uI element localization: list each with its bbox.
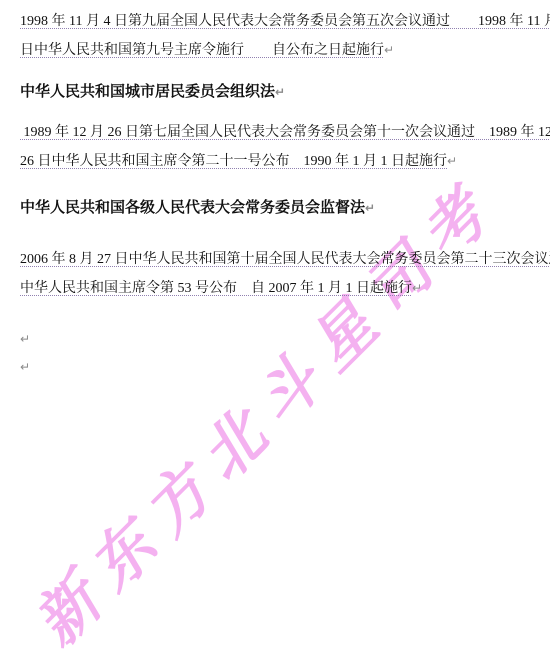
citation-paragraph-1989[interactable]: 1989 年 12 月 26 日第七届全国人民代表大会常务委员会第十一次会议通过…: [20, 119, 536, 175]
law-title-heading-2[interactable]: 中华人民共和国各级人民代表大会常务委员会监督法↵: [20, 194, 536, 222]
paragraph-mark-icon: ↵: [20, 360, 30, 374]
paragraph-mark-icon: ↵: [20, 332, 30, 346]
empty-paragraph[interactable]: ↵: [20, 325, 536, 353]
citation-text: 中华人民共和国主席令第 53 号公布 自 2007 年 1 月 1 日起施行: [20, 281, 412, 296]
citation-text: 1989 年 12 月 26 日第七届全国人民代表大会常务委员会第十一次会议通过…: [20, 125, 550, 140]
citation-paragraph-1998[interactable]: 1998 年 11 月 4 日第九届全国人民代表大会常务委员会第五次会议通过 1…: [20, 8, 536, 64]
empty-paragraph[interactable]: ↵: [20, 353, 536, 381]
document-page: 新东方北斗星司考 1998 年 11 月 4 日第九届全国人民代表大会常务委员会…: [0, 0, 550, 662]
heading-text: 中华人民共和国城市居民委员会组织法: [20, 83, 275, 100]
citation-text: 日中华人民共和国第九号主席令施行 自公布之日起施行: [20, 43, 384, 58]
text-line[interactable]: 1998 年 11 月 4 日第九届全国人民代表大会常务委员会第五次会议通过 1…: [20, 8, 536, 36]
citation-text: 26 日中华人民共和国主席令第二十一号公布 1990 年 1 月 1 日起施行: [20, 154, 447, 169]
text-line[interactable]: 2006 年 8 月 27 日中华人民共和国第十届全国人民代表大会常务委员会第二…: [20, 246, 536, 274]
paragraph-mark-icon: ↵: [412, 281, 422, 295]
heading-text: 中华人民共和国各级人民代表大会常务委员会监督法: [20, 199, 365, 216]
law-title-heading-1[interactable]: 中华人民共和国城市居民委员会组织法↵: [20, 78, 536, 106]
paragraph-mark-icon: ↵: [384, 43, 394, 57]
citation-text: 1998 年 11 月 4 日第九届全国人民代表大会常务委员会第五次会议通过 1…: [20, 14, 550, 29]
text-line[interactable]: 日中华人民共和国第九号主席令施行 自公布之日起施行↵: [20, 36, 536, 64]
text-line[interactable]: 中华人民共和国主席令第 53 号公布 自 2007 年 1 月 1 日起施行↵: [20, 274, 536, 302]
paragraph-mark-icon: ↵: [447, 154, 457, 168]
document-content[interactable]: 1998 年 11 月 4 日第九届全国人民代表大会常务委员会第五次会议通过 1…: [20, 8, 536, 381]
paragraph-mark-icon: ↵: [275, 85, 285, 99]
citation-text: 2006 年 8 月 27 日中华人民共和国第十届全国人民代表大会常务委员会第二…: [20, 252, 550, 267]
text-line[interactable]: 26 日中华人民共和国主席令第二十一号公布 1990 年 1 月 1 日起施行↵: [20, 147, 536, 175]
citation-paragraph-2006[interactable]: 2006 年 8 月 27 日中华人民共和国第十届全国人民代表大会常务委员会第二…: [20, 246, 536, 302]
paragraph-mark-icon: ↵: [365, 201, 375, 215]
text-line[interactable]: 1989 年 12 月 26 日第七届全国人民代表大会常务委员会第十一次会议通过…: [20, 119, 536, 147]
